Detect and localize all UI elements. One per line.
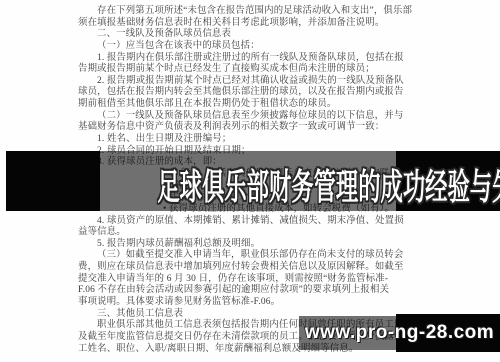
document-line: （二）一线队及预备队球员信息表至少须披露每位球员的以下信息，并与 [78,111,400,123]
scanned-document-page: 存在下列第五项所述“未包含在报告范围内的足球活动收入和支出”，俱乐部须在填报基础… [0,0,500,362]
document-line: 事项说明。具体要求请参见财务监管标准-F.06。 [78,297,400,309]
watermark-url: www.pro-ng-28.com [299,322,500,344]
document-line: 存在下列第五项所述“未包含在报告范围内的足球活动收入和支出”，俱乐部 [78,6,400,18]
document-line: 1. 报告期内在俱乐部注册或注册过的所有一线队及预备队球员，包括在报 [78,53,400,65]
headline-title: 足球俱乐部财务管理的成功经验与失败教训深度剖析 [0,169,500,205]
document-line: 期前租借至其他俱乐部且在本报告期仍处于租借状态的球员。 [78,99,400,111]
document-line: 须在填报基础财务信息表时在相关科目考虑此项影响，并添加备注说明。 [78,18,400,30]
document-line: 益等信息。 [78,227,400,239]
headline-title-text: 足球俱乐部财务管理的成功经验与失败教训深度剖析 [157,169,500,205]
document-line: 4. 球员资产的原值、本期摊销、累计摊销、减值损失、期末净值、处置损 [78,216,400,228]
document-line: 二、一线队及预备队球员信息表 [78,29,400,41]
document-line: 球员，包括在报告期内转会至其他俱乐部注册的球员，以及在报告期内或报告 [78,87,400,99]
document-line: （三）如截至提交准入申请当年，职业俱乐部仍存在尚未支付的球员转会 [78,250,400,262]
document-line: F.06 不存在由转会活动或因参赛引起的逾期应付款项”的要求填列上报相关 [78,285,400,297]
document-line: （一）应当包含在该表中的球员包括： [78,41,400,53]
document-line: 2. 报告期或报告期前某个时点已经对其确认收益或损失的一线队及预备队 [78,76,400,88]
document-line: 1. 姓名、出生日期及注册编号； [78,134,400,146]
document-line: 基础财务信息中资产负债表及利润表列示的相关数字一致或可调节一致： [78,122,400,134]
document-line: 提交准入申请当年的 6 月 30 日，仍存在该事项，则需按照“财务监管标准- [78,274,400,286]
document-line: 5. 报告期内球员薪酬福利总额及明细。 [78,239,400,251]
document-line: 费，则应在球员信息表中增加填列应付转会费相关信息以及原因解释。如截至 [78,262,400,274]
document-line: 告期或报告期前某个时点已经发生了直接购买成本但尚未注册的球员； [78,64,400,76]
